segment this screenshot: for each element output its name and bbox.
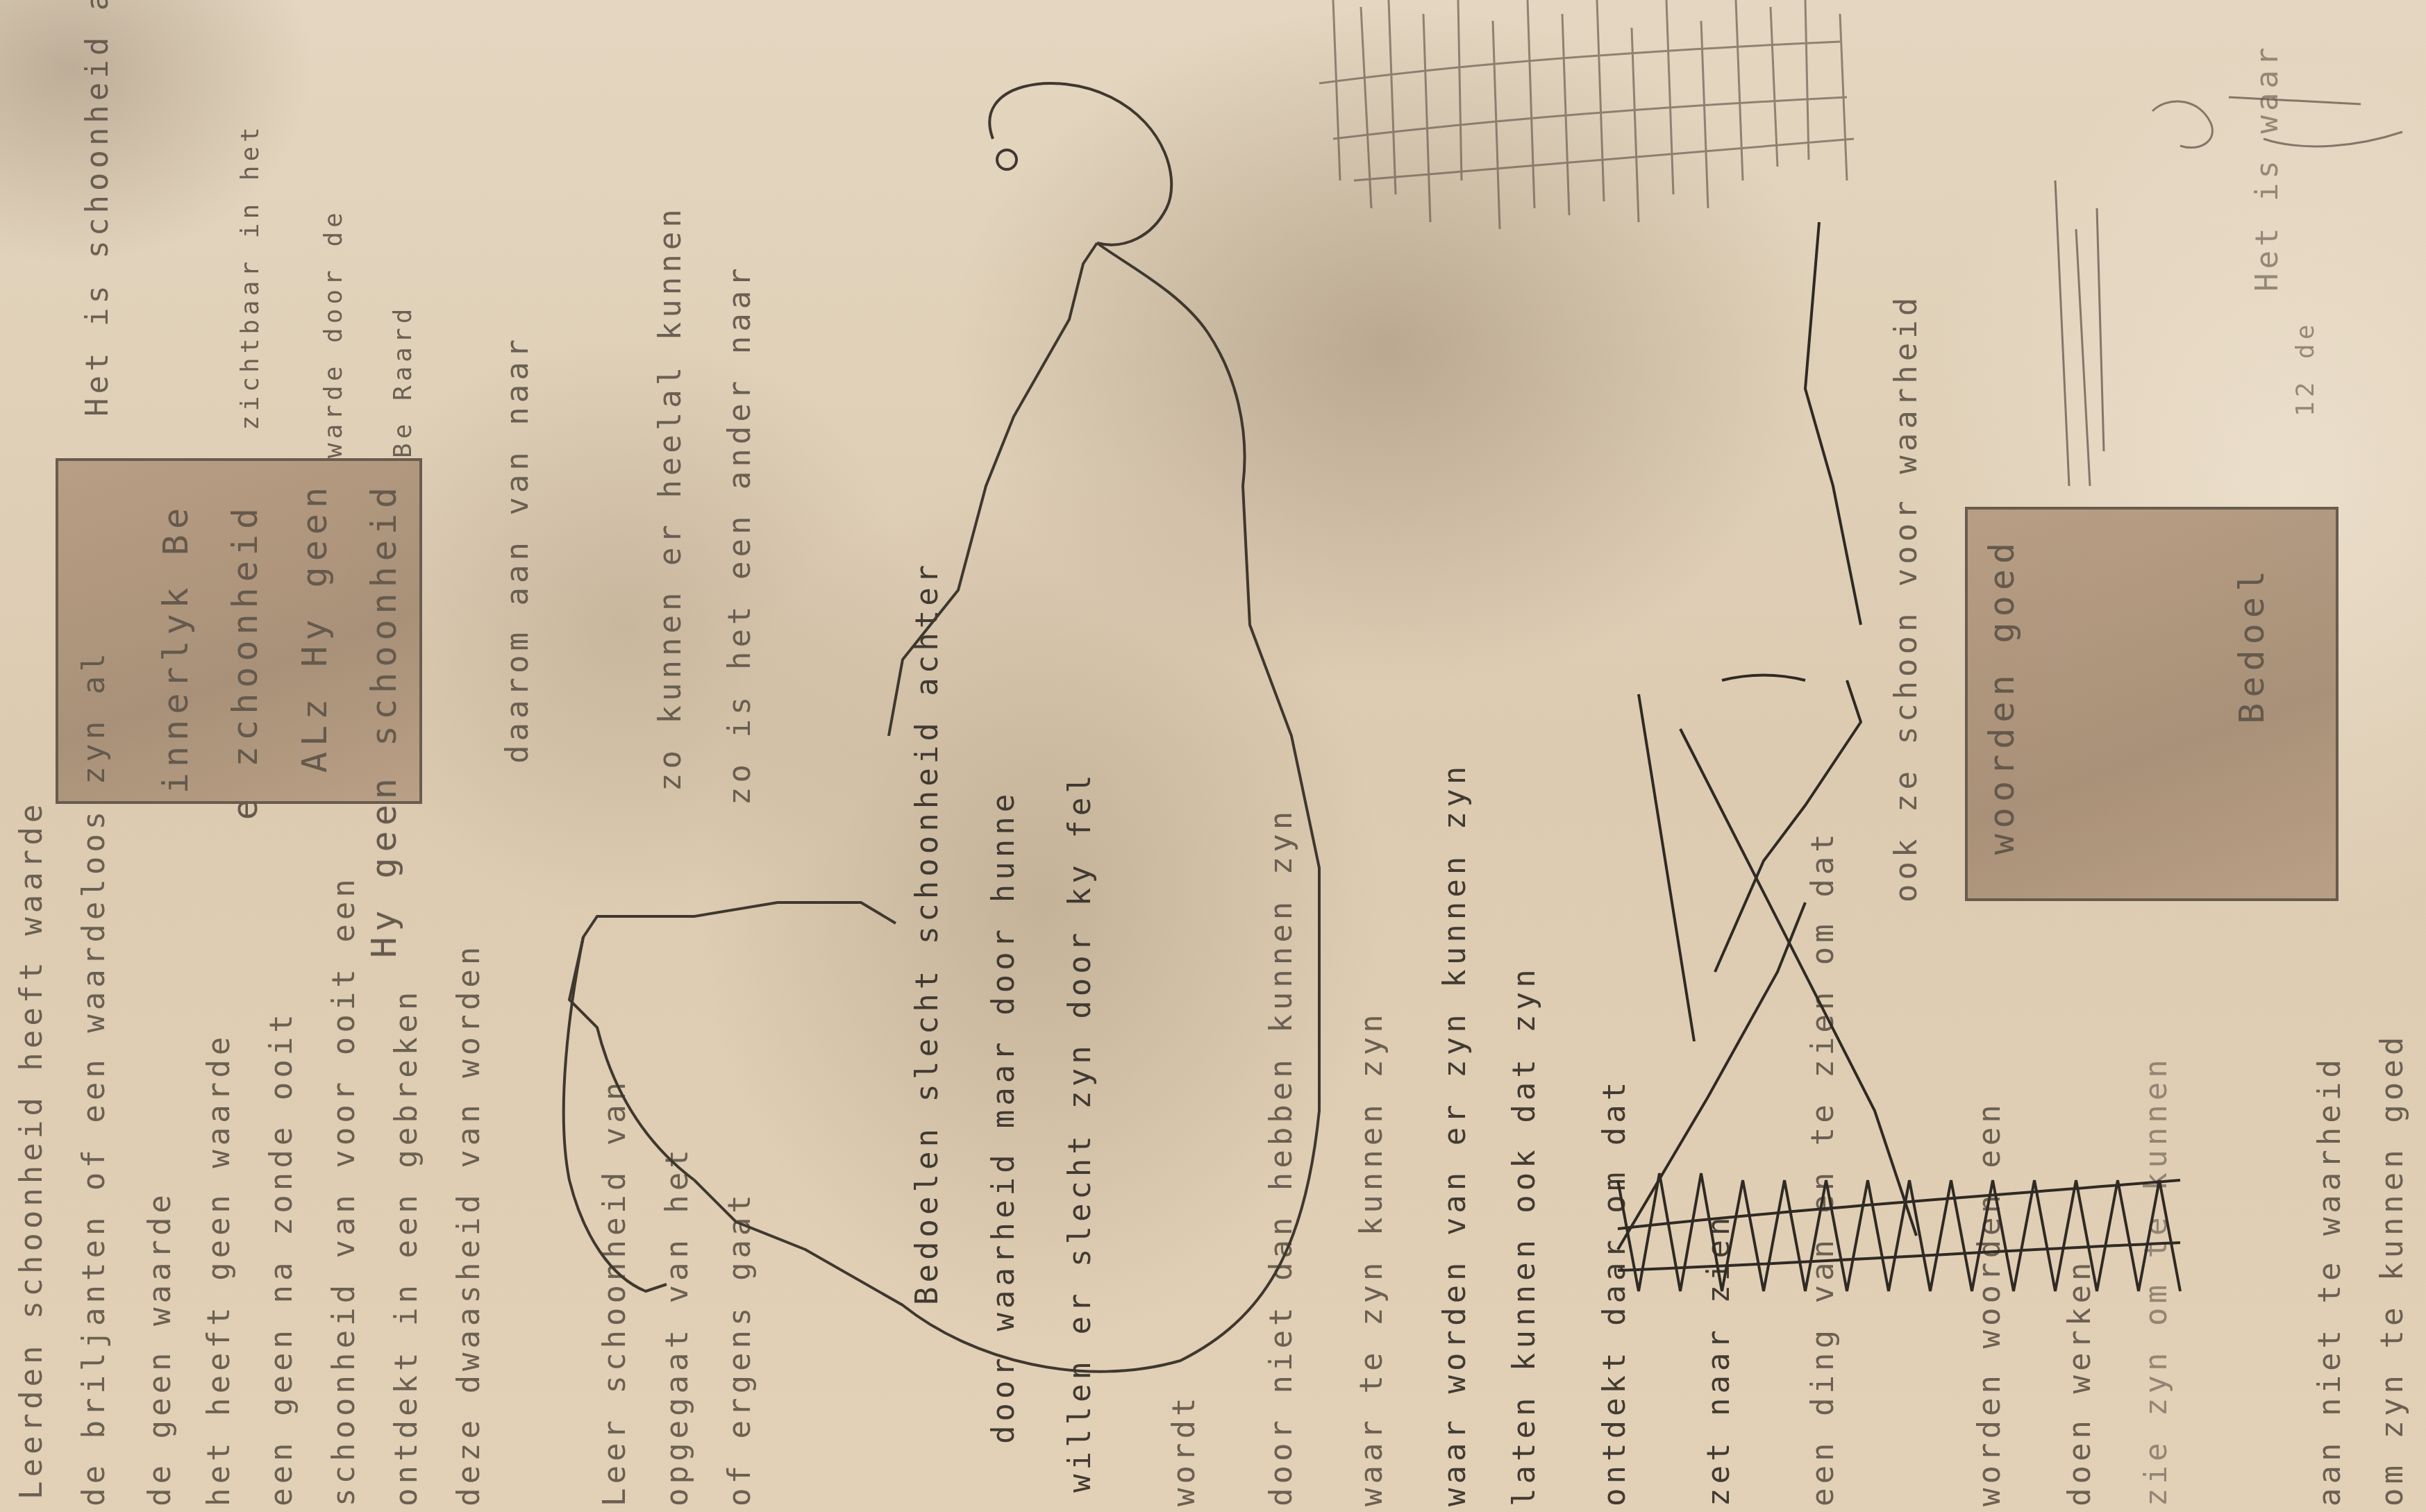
- right-edge-sketches: [2055, 97, 2402, 486]
- top-hatching: [1319, 0, 1854, 229]
- zigzag-base: [1618, 1173, 2180, 1291]
- etching-sheet: Hy geen schoonheid ALz Hy geen e zchoonh…: [0, 0, 2426, 1512]
- right-figure: [1618, 222, 1916, 1250]
- figure-drawings: [0, 0, 2426, 1512]
- central-figure: [564, 83, 1319, 1372]
